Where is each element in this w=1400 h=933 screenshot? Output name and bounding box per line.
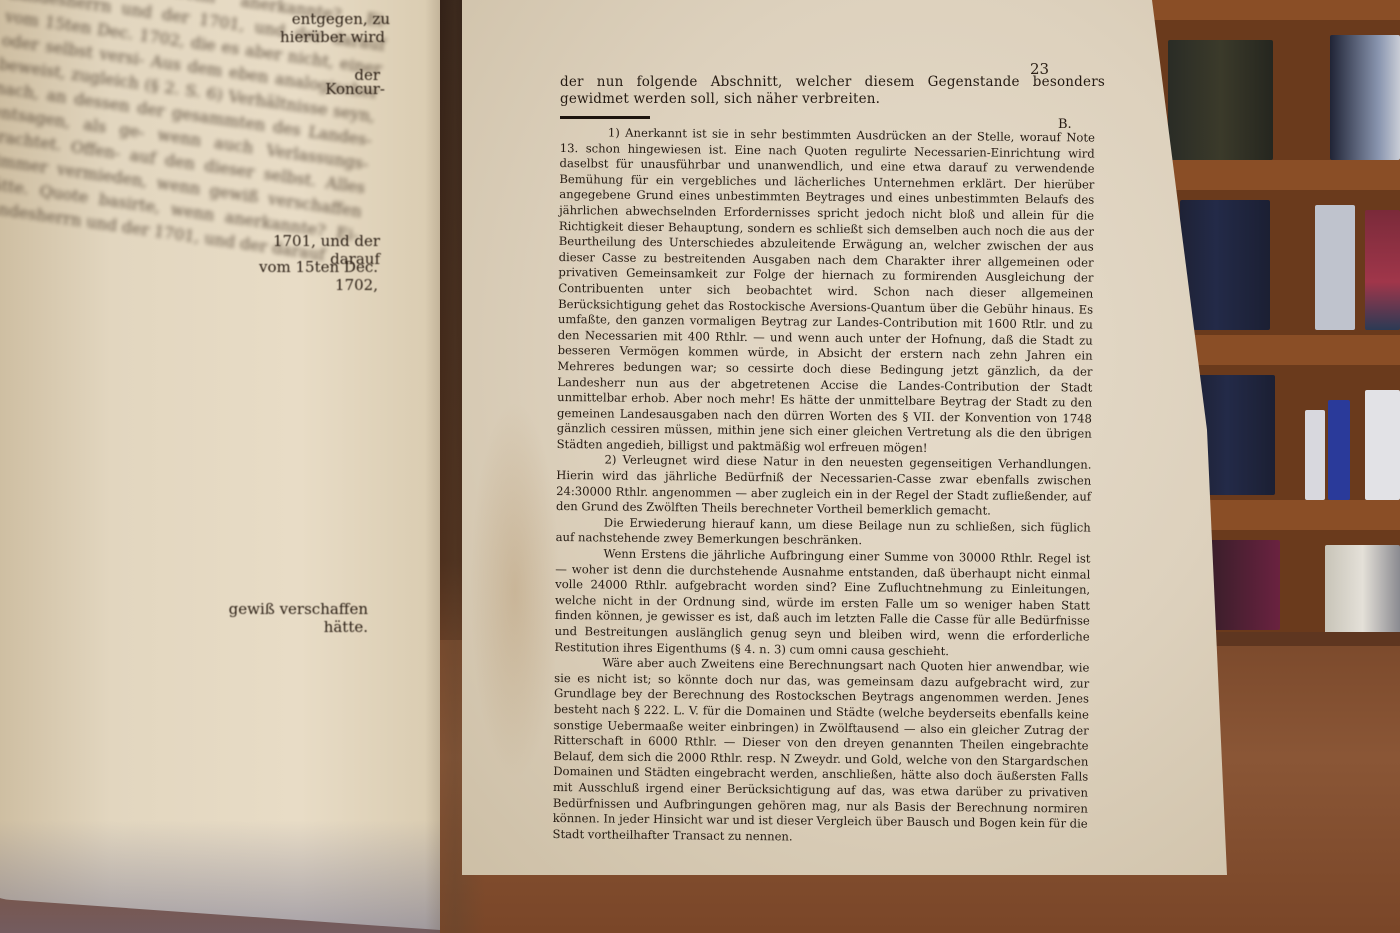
shelf-top-rail	[1150, 0, 1400, 20]
paragraph-zweitens: Wäre aber auch Zweitens eine Berechnungs…	[552, 655, 1089, 848]
paragraph-erstens: Wenn Erstens die jährliche Aufbringung e…	[554, 546, 1090, 661]
shelf-books-upper-left	[1168, 40, 1273, 160]
shelf-books-middle-left	[1180, 200, 1270, 330]
left-page-shadow	[0, 820, 440, 933]
table-edge	[1200, 632, 1400, 646]
paragraph-verleugnet: 2) Verleugnet wird diese Natur in den ne…	[556, 452, 1092, 520]
intro-sentence: der nun folgende Abschnitt, welcher dies…	[560, 74, 1105, 108]
page-body: 1) Anerkannt ist sie in sehr bestimmten …	[552, 125, 1094, 848]
shelf-books-bottom-right	[1325, 545, 1400, 635]
book-spine-blue	[1328, 400, 1350, 500]
left-page-fragment: hierüber wird	[245, 28, 385, 46]
section-divider-rule	[560, 116, 650, 119]
book-spine-white-2	[1365, 390, 1400, 500]
book-spine-light	[1305, 410, 1325, 500]
left-page-fragment: Koncur-	[245, 80, 385, 98]
photo-scene: Quote basirte, wenn anerkannte? Ei- Land…	[0, 0, 1400, 933]
book-spine-red	[1365, 210, 1400, 330]
paragraph-anerkannt: 1) Anerkannt ist sie in sehr bestimmten …	[557, 125, 1095, 458]
book-spine-white	[1315, 205, 1355, 330]
shelf-books-bottom-left	[1210, 540, 1280, 630]
right-page-text: der nun folgende Abschnitt, welcher dies…	[560, 74, 1100, 842]
paper-stain	[470, 400, 560, 780]
shelf-books-upper-right	[1330, 35, 1400, 160]
left-page-fragment: gewiß verschaffen hätte.	[228, 600, 368, 636]
shelf-board-1	[1150, 160, 1400, 190]
left-page-fragment: vom 15ten Dec. 1702,	[238, 258, 378, 294]
left-page-fragment: entgegen, zu	[250, 10, 390, 28]
